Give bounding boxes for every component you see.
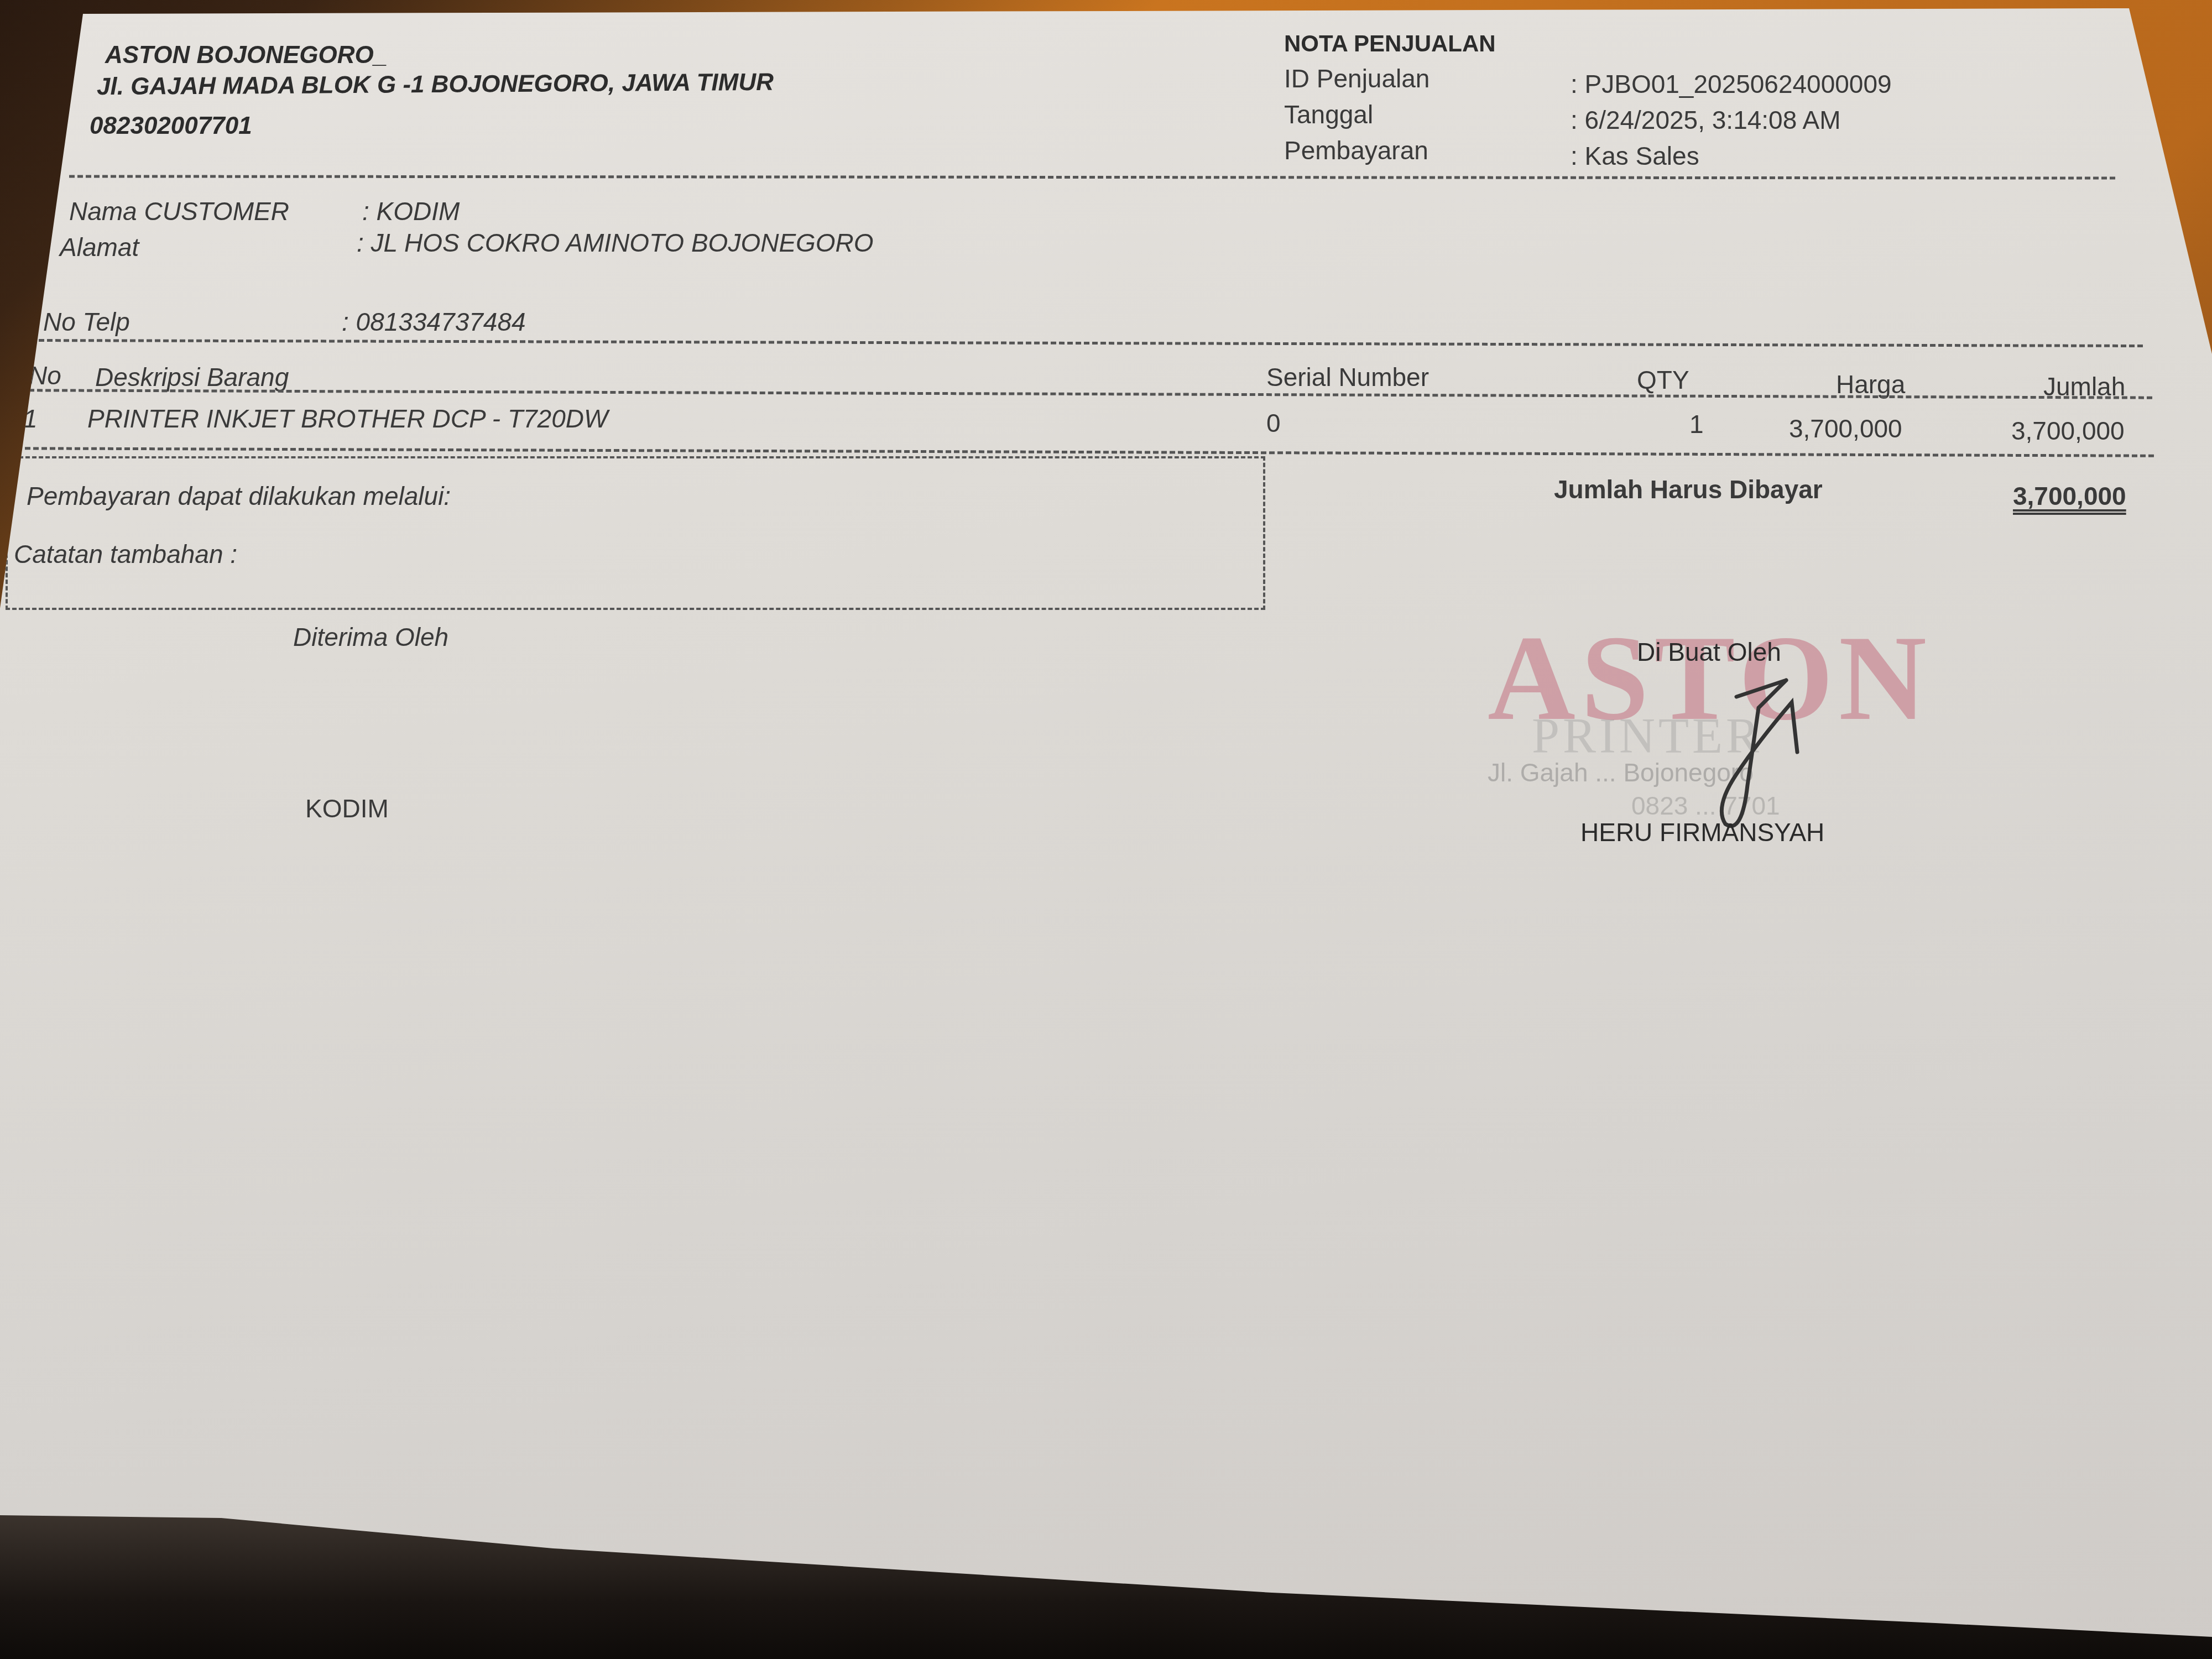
- created-by-name: HERU FIRMANSYAH: [1580, 817, 1824, 847]
- received-by-label: Diterima Oleh: [293, 622, 448, 652]
- row-qty: 1: [1689, 409, 1704, 439]
- invoice-id-value: : PJBO01_20250624000009: [1571, 69, 1892, 99]
- signature-icon: [1703, 675, 1825, 841]
- col-header-serial: Serial Number: [1266, 362, 1429, 392]
- total-label: Jumlah Harus Dibayar: [1554, 474, 1823, 504]
- extra-notes-label: Catatan tambahan :: [14, 539, 237, 569]
- store-phone: 082302007701: [90, 112, 252, 140]
- invoice-id-label: ID Penjualan: [1284, 64, 1430, 93]
- customer-name-value: : KODIM: [362, 196, 460, 226]
- divider-header: [69, 175, 2115, 179]
- customer-address-value: : JL HOS COKRO AMINOTO BOJONEGORO: [357, 228, 874, 258]
- notes-box: [6, 456, 1265, 610]
- invoice-date-label: Tanggal: [1284, 100, 1373, 129]
- row-no: 1: [23, 404, 38, 434]
- col-header-no: No: [29, 361, 61, 390]
- row-amount: 3,700,000: [2011, 416, 2125, 446]
- total-value: 3,700,000: [2013, 481, 2126, 511]
- divider-table-end: [8, 447, 2154, 457]
- payment-via-text: Pembayaran dapat dilakukan melalui:: [27, 481, 451, 511]
- row-serial: 0: [1266, 408, 1281, 438]
- invoice-title: NOTA PENJUALAN: [1284, 30, 1496, 57]
- received-by-name: KODIM: [305, 794, 389, 823]
- invoice-payment-label: Pembayaran: [1284, 135, 1428, 165]
- invoice-paper: ASTON BOJONEGORO_ Jl. GAJAH MADA BLOK G …: [0, 0, 2212, 1659]
- invoice-payment-value: : Kas Sales: [1571, 141, 1699, 171]
- store-name: ASTON BOJONEGORO_: [105, 41, 387, 69]
- divider-table-header: [29, 389, 2152, 399]
- customer-address-label: Alamat: [60, 232, 139, 262]
- invoice-date-value: : 6/24/2025, 3:14:08 AM: [1571, 105, 1840, 135]
- col-header-qty: QTY: [1637, 365, 1689, 395]
- row-description: PRINTER INKJET BROTHER DCP - T720DW: [87, 404, 608, 434]
- row-price: 3,700,000: [1789, 414, 1902, 444]
- col-header-description: Deskripsi Barang: [95, 362, 289, 392]
- customer-name-label: Nama CUSTOMER: [69, 196, 289, 226]
- created-by-label: Di Buat Oleh: [1637, 637, 1781, 667]
- customer-phone-label: No Telp: [43, 307, 130, 337]
- customer-phone-value: : 081334737484: [342, 307, 526, 337]
- store-address: Jl. GAJAH MADA BLOK G -1 BOJONEGORO, JAW…: [97, 69, 774, 101]
- divider-customer: [30, 339, 2143, 347]
